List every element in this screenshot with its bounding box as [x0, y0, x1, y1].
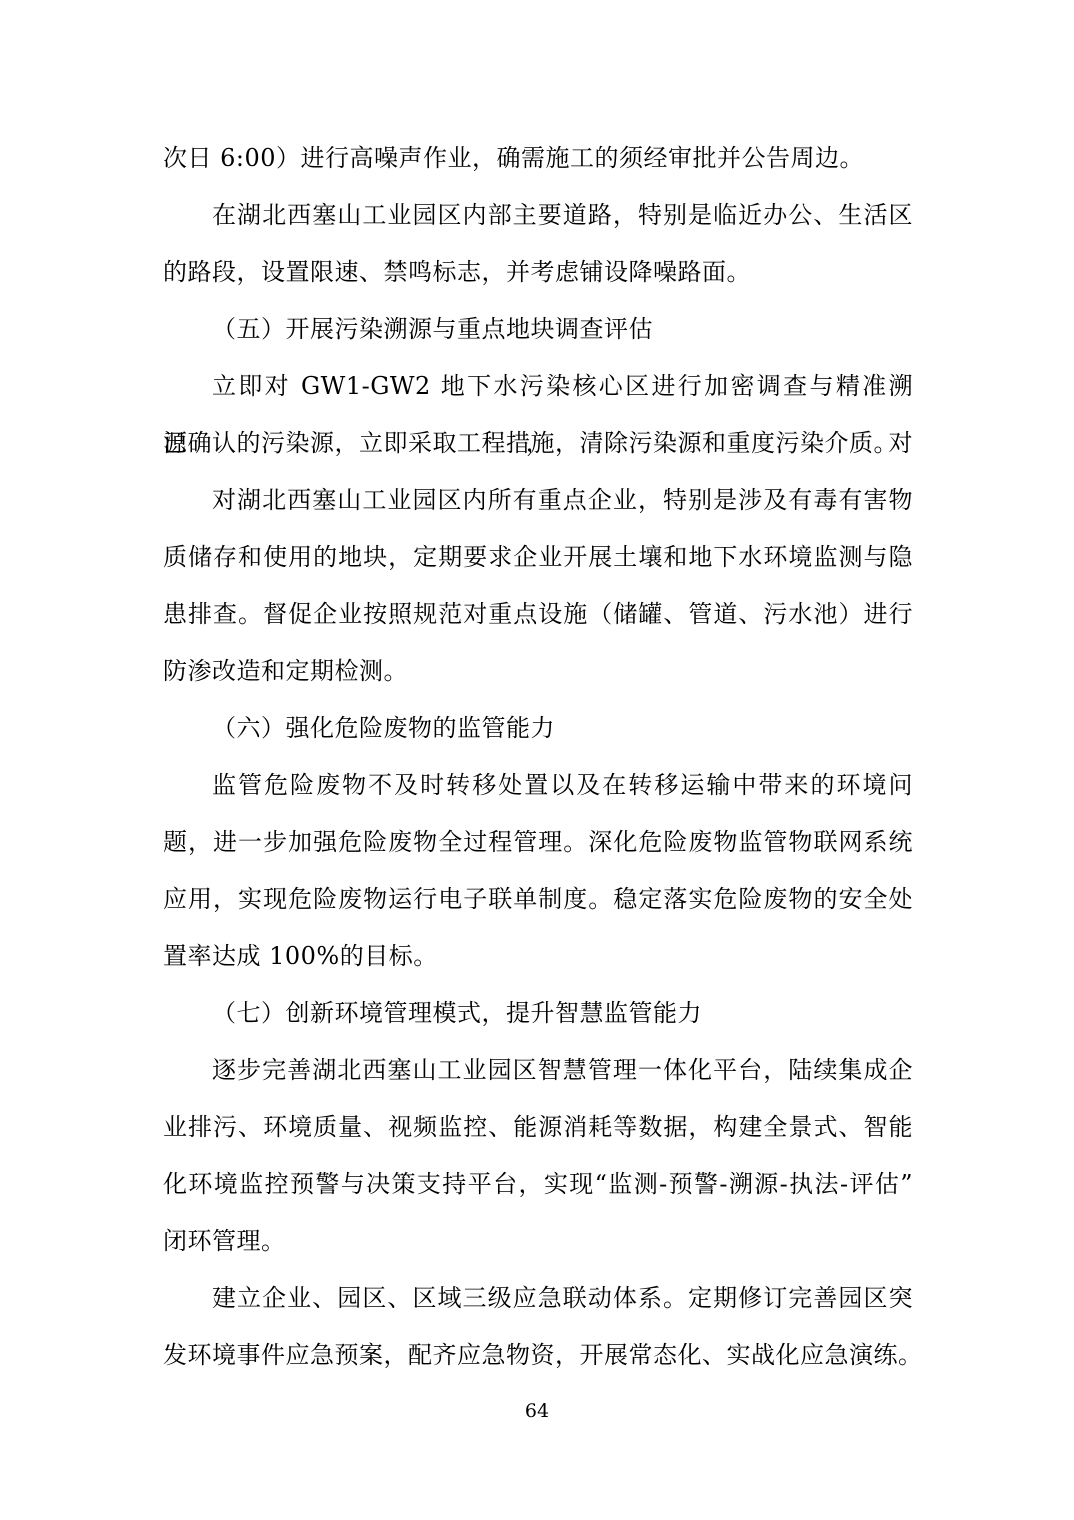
section-heading-seven: （七）创新环境管理模式，提升智慧监管能力 [163, 985, 913, 1042]
paragraph-line: 立即对 GW1-GW2 地下水污染核心区进行加密调查与精准溯源，对 [163, 358, 913, 415]
paragraph-line: 患排查。督促企业按照规范对重点设施（储罐、管道、污水池）进行 [163, 586, 913, 643]
paragraph-line: 发环境事件应急预案，配齐应急物资，开展常态化、实战化应急演练。 [163, 1327, 913, 1384]
paragraph-line: 防渗改造和定期检测。 [163, 643, 913, 700]
paragraph-line: 在湖北西塞山工业园区内部主要道路，特别是临近办公、生活区 [163, 187, 913, 244]
document-page: 次日 6:00）进行高噪声作业，确需施工的须经审批并公告周边。 在湖北西塞山工业… [0, 0, 1074, 1520]
paragraph-line: 质储存和使用的地块，定期要求企业开展土壤和地下水环境监测与隐 [163, 529, 913, 586]
paragraph-line: 题，进一步加强危险废物全过程管理。深化危险废物监管物联网系统 [163, 814, 913, 871]
paragraph-line: 应用，实现危险废物运行电子联单制度。稳定落实危险废物的安全处 [163, 871, 913, 928]
paragraph-line: 的路段，设置限速、禁鸣标志，并考虑铺设降噪路面。 [163, 244, 913, 301]
paragraph-line: 建立企业、园区、区域三级应急联动体系。定期修订完善园区突 [163, 1270, 913, 1327]
section-heading-six: （六）强化危险废物的监管能力 [163, 700, 913, 757]
paragraph-line: 对湖北西塞山工业园区内所有重点企业，特别是涉及有毒有害物 [163, 472, 913, 529]
paragraph-line: 逐步完善湖北西塞山工业园区智慧管理一体化平台，陆续集成企 [163, 1042, 913, 1099]
paragraph-line: 业排污、环境质量、视频监控、能源消耗等数据，构建全景式、智能 [163, 1099, 913, 1156]
paragraph-line: 闭环管理。 [163, 1213, 913, 1270]
paragraph-line: 已确认的污染源，立即采取工程措施，清除污染源和重度污染介质。 [163, 415, 913, 472]
paragraph-line: 置率达成 100%的目标。 [163, 928, 913, 985]
text-body: 次日 6:00）进行高噪声作业，确需施工的须经审批并公告周边。 在湖北西塞山工业… [163, 130, 913, 1384]
section-heading-five: （五）开展污染溯源与重点地块调查评估 [163, 301, 913, 358]
page-number: 64 [0, 1396, 1074, 1426]
paragraph-line: 化环境监控预警与决策支持平台，实现“监测-预警-溯源-执法-评估” [163, 1156, 913, 1213]
paragraph-line: 监管危险废物不及时转移处置以及在转移运输中带来的环境问 [163, 757, 913, 814]
paragraph-line: 次日 6:00）进行高噪声作业，确需施工的须经审批并公告周边。 [163, 130, 913, 187]
